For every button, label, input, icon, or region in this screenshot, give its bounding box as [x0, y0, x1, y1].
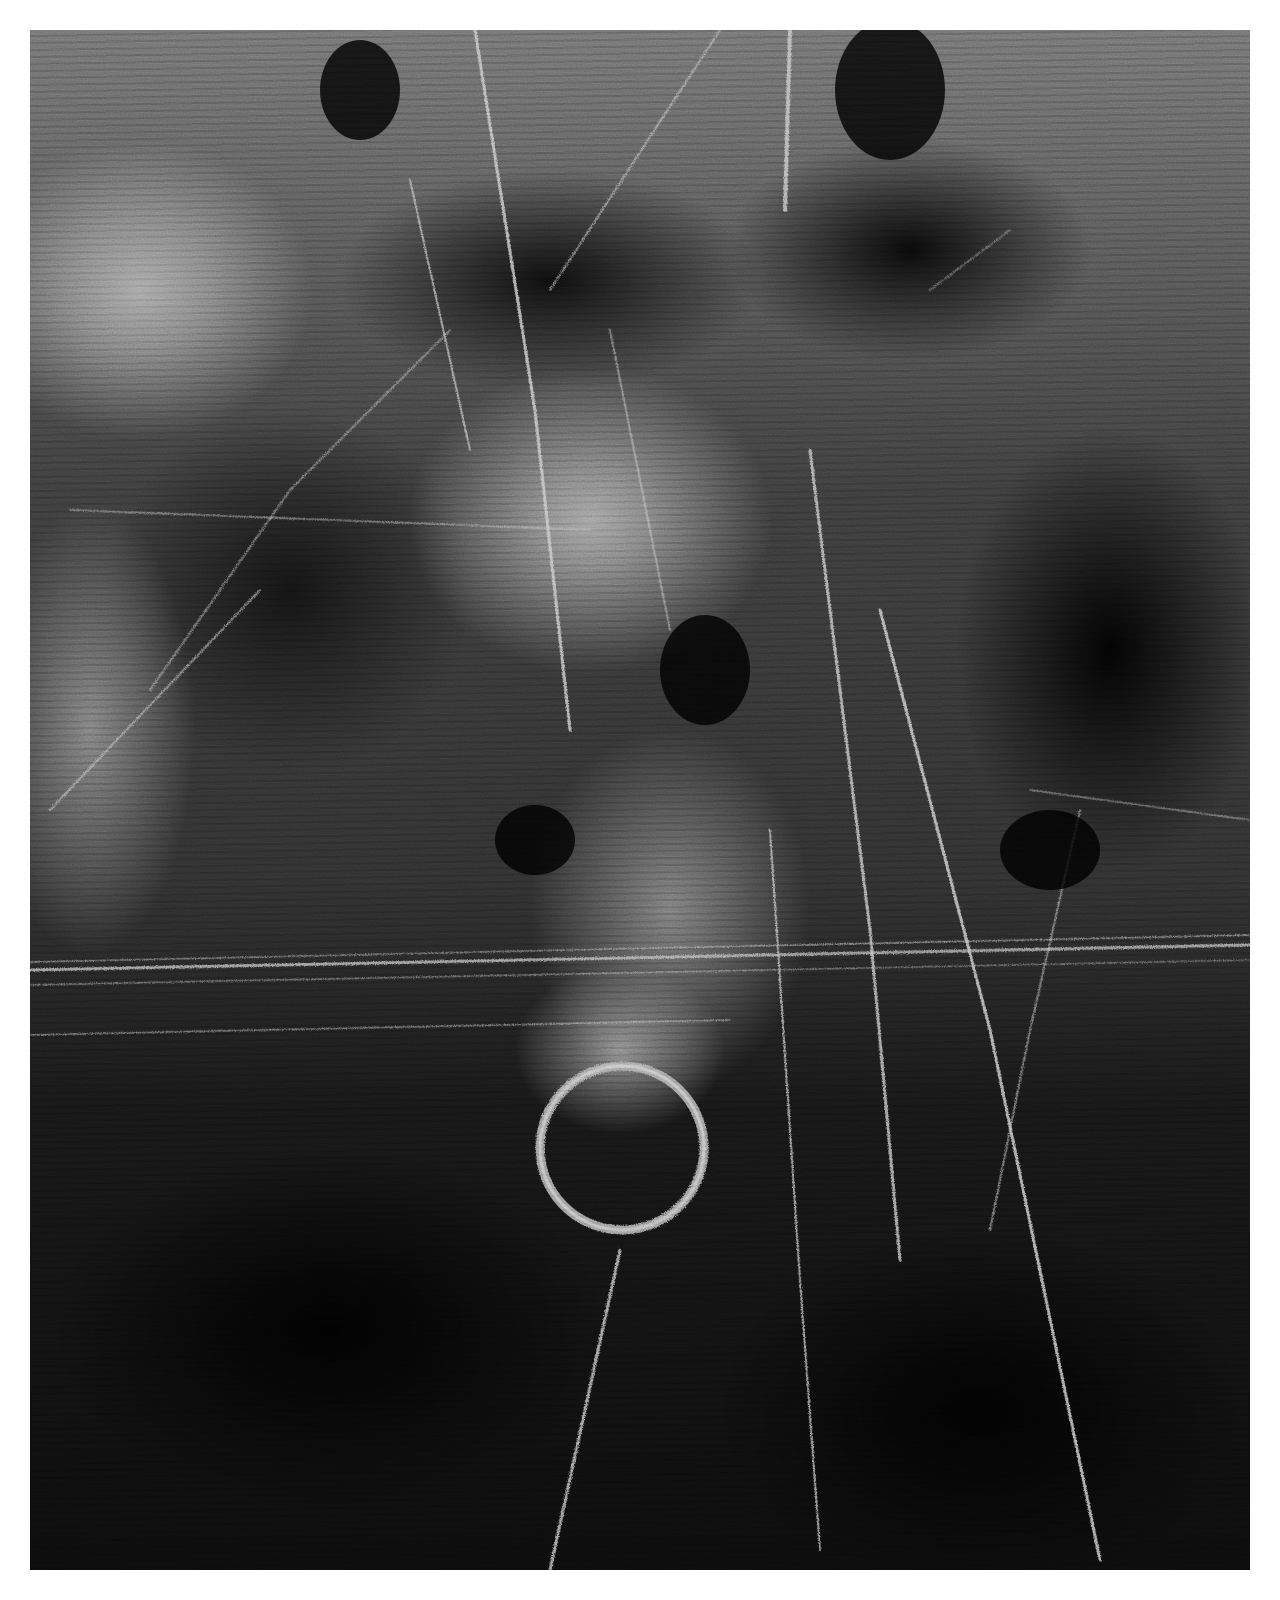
grain-overlay: [30, 30, 1250, 1570]
scratched-surface-photo: Abstract black-and-white photograph of a…: [30, 30, 1250, 1570]
